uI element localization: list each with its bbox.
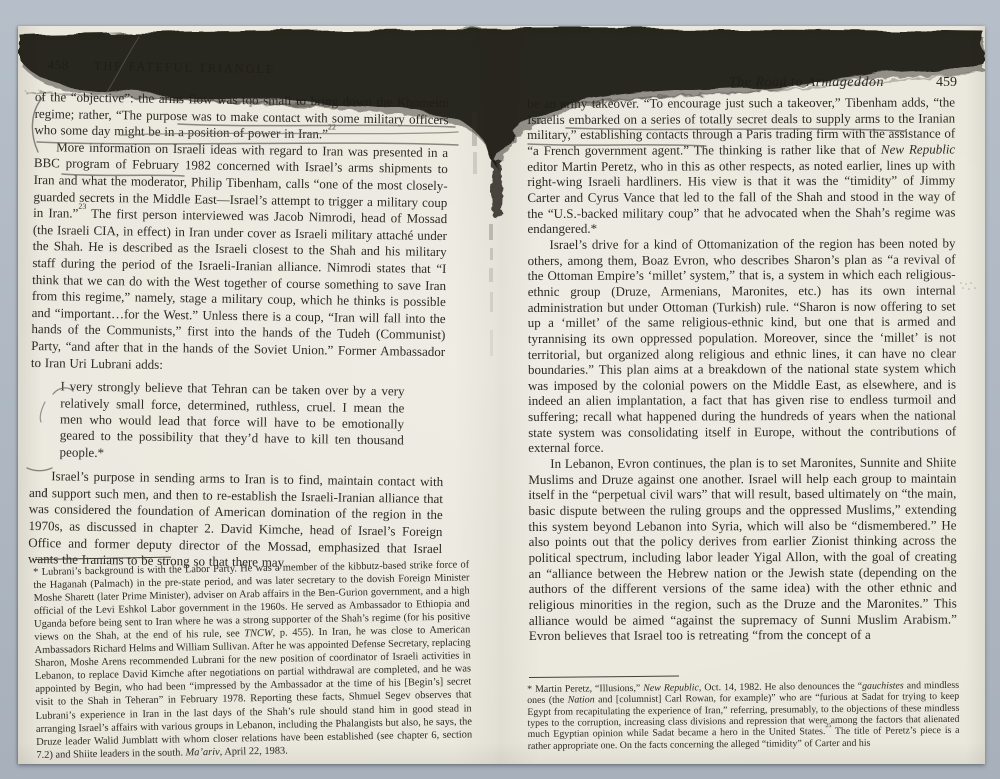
paragraph: In Lebanon, Evron continues, the plan is… — [528, 455, 957, 644]
paragraph: More information on Israeli ideas with r… — [31, 139, 448, 377]
footnote-rule — [529, 676, 679, 678]
right-page-body: be an army takeover. “To encourage just … — [527, 95, 957, 644]
right-page-header: The Road to Armageddon 459 — [527, 75, 957, 91]
left-page-body: of the “objective”: the arms flow was to… — [28, 89, 449, 574]
paragraph: be an army takeover. “To encourage just … — [527, 95, 955, 237]
left-page-header: 458THE FATEFUL TRIANGLE — [48, 57, 276, 77]
page-number-right: 459 — [936, 75, 957, 91]
book-page-spread: 458THE FATEFUL TRIANGLE of the “objectiv… — [18, 26, 985, 764]
footnote-text: * Martin Peretz, “Illusions,” New Republ… — [527, 680, 960, 752]
paragraph: of the “objective”: the arms flow was to… — [34, 89, 449, 145]
paragraph: Israel’s drive for a kind of Ottomanizat… — [527, 235, 956, 456]
right-page-footnote: * Martin Peretz, “Illusions,” New Republ… — [527, 673, 960, 752]
running-head-right: The Road to Armageddon — [729, 75, 884, 91]
footnote-text: * Lubrani’s background is with the Labor… — [33, 558, 472, 761]
block-quote: I very strongly believe that Tehran can … — [59, 379, 404, 466]
running-head-left: THE FATEFUL TRIANGLE — [94, 59, 276, 76]
page-number-left: 458 — [48, 57, 94, 74]
left-page-footnote: * Lubrani’s background is with the Labor… — [33, 551, 472, 761]
